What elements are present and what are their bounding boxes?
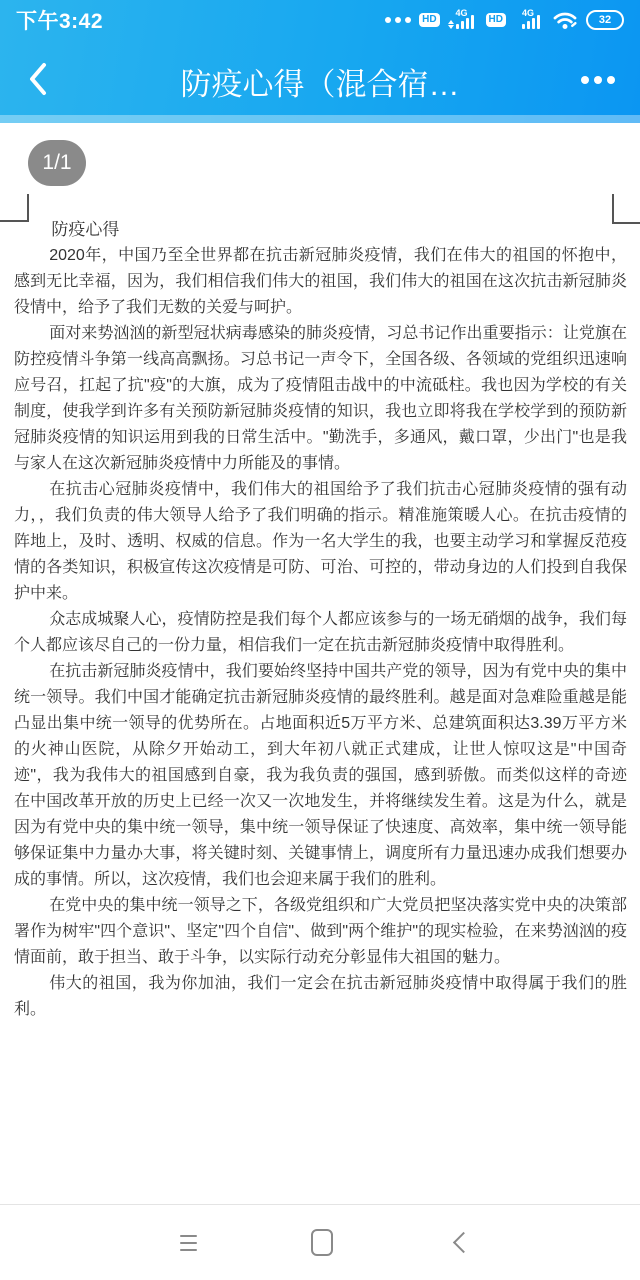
page-indicator: 1/1 — [28, 140, 86, 186]
paragraph: 伟大的祖国，我为你加油，我们一定会在抗击新冠肺炎疫情中取得属于我们的胜利。 — [14, 971, 627, 1023]
system-back-button[interactable] — [415, 1205, 505, 1280]
battery-icon: 32 — [586, 10, 624, 30]
recents-icon — [180, 1235, 197, 1251]
document-page[interactable]: 防疫心得 2020年，中国乃至全世界都在抗击新冠肺炎疫情，我们在伟大的祖国的怀抱… — [14, 217, 627, 1023]
more-menu-button[interactable] — [574, 62, 622, 98]
recents-button[interactable] — [143, 1205, 233, 1280]
paragraph: 2020年，中国乃至全世界都在抗击新冠肺炎疫情，我们在伟大的祖国的怀抱中，感到无… — [14, 243, 627, 321]
paragraph: 众志成城聚人心，疫情防控是我们每个人都应该参与的一场无硝烟的战争，我们每个人都应… — [14, 607, 627, 659]
clock: 下午3:42 — [16, 5, 103, 35]
paragraph: 在抗击新冠肺炎疫情中，我们要始终坚持中国共产党的领导，因为有党中央的集中统一领导… — [14, 659, 627, 893]
paragraph: 在党中央的集中统一领导之下，各级党组织和广大党员把坚决落实党中央的决策部署作为树… — [14, 893, 627, 971]
home-icon — [311, 1229, 333, 1256]
hd-voice-icon: HD — [486, 13, 506, 27]
title-bar: 防疫心得（混合宿… — [0, 40, 640, 123]
signal-bars-icon: 4G — [514, 9, 544, 31]
paragraph: 在抗击心冠肺炎疫情中，我们伟大的祖国给予了我们抗击心冠肺炎疫情的强有动力，，我们… — [14, 477, 627, 607]
document-title-bar: 防疫心得（混合宿… — [120, 40, 520, 123]
hd-voice-icon: HD — [419, 13, 439, 27]
paragraph: 面对来势汹汹的新型冠状病毒感染的肺炎疫情，习总书记作出重要指示：让党旗在防控疫情… — [14, 321, 627, 477]
document-title: 防疫心得 — [14, 217, 627, 243]
signal-bars-icon: 4G — [448, 9, 478, 31]
back-chevron-icon — [452, 1232, 473, 1253]
system-nav-bar — [0, 1204, 640, 1280]
home-button[interactable] — [277, 1205, 367, 1280]
back-button[interactable] — [20, 54, 56, 104]
wifi-icon — [552, 9, 578, 31]
status-bar: 下午3:42 HD 4G HD 4G 32 — [0, 0, 640, 40]
header-highlight — [0, 115, 640, 123]
status-icons: HD 4G HD 4G 32 — [385, 9, 624, 31]
notification-dots-icon — [385, 17, 411, 23]
app-header: 下午3:42 HD 4G HD 4G 32 — [0, 0, 640, 123]
